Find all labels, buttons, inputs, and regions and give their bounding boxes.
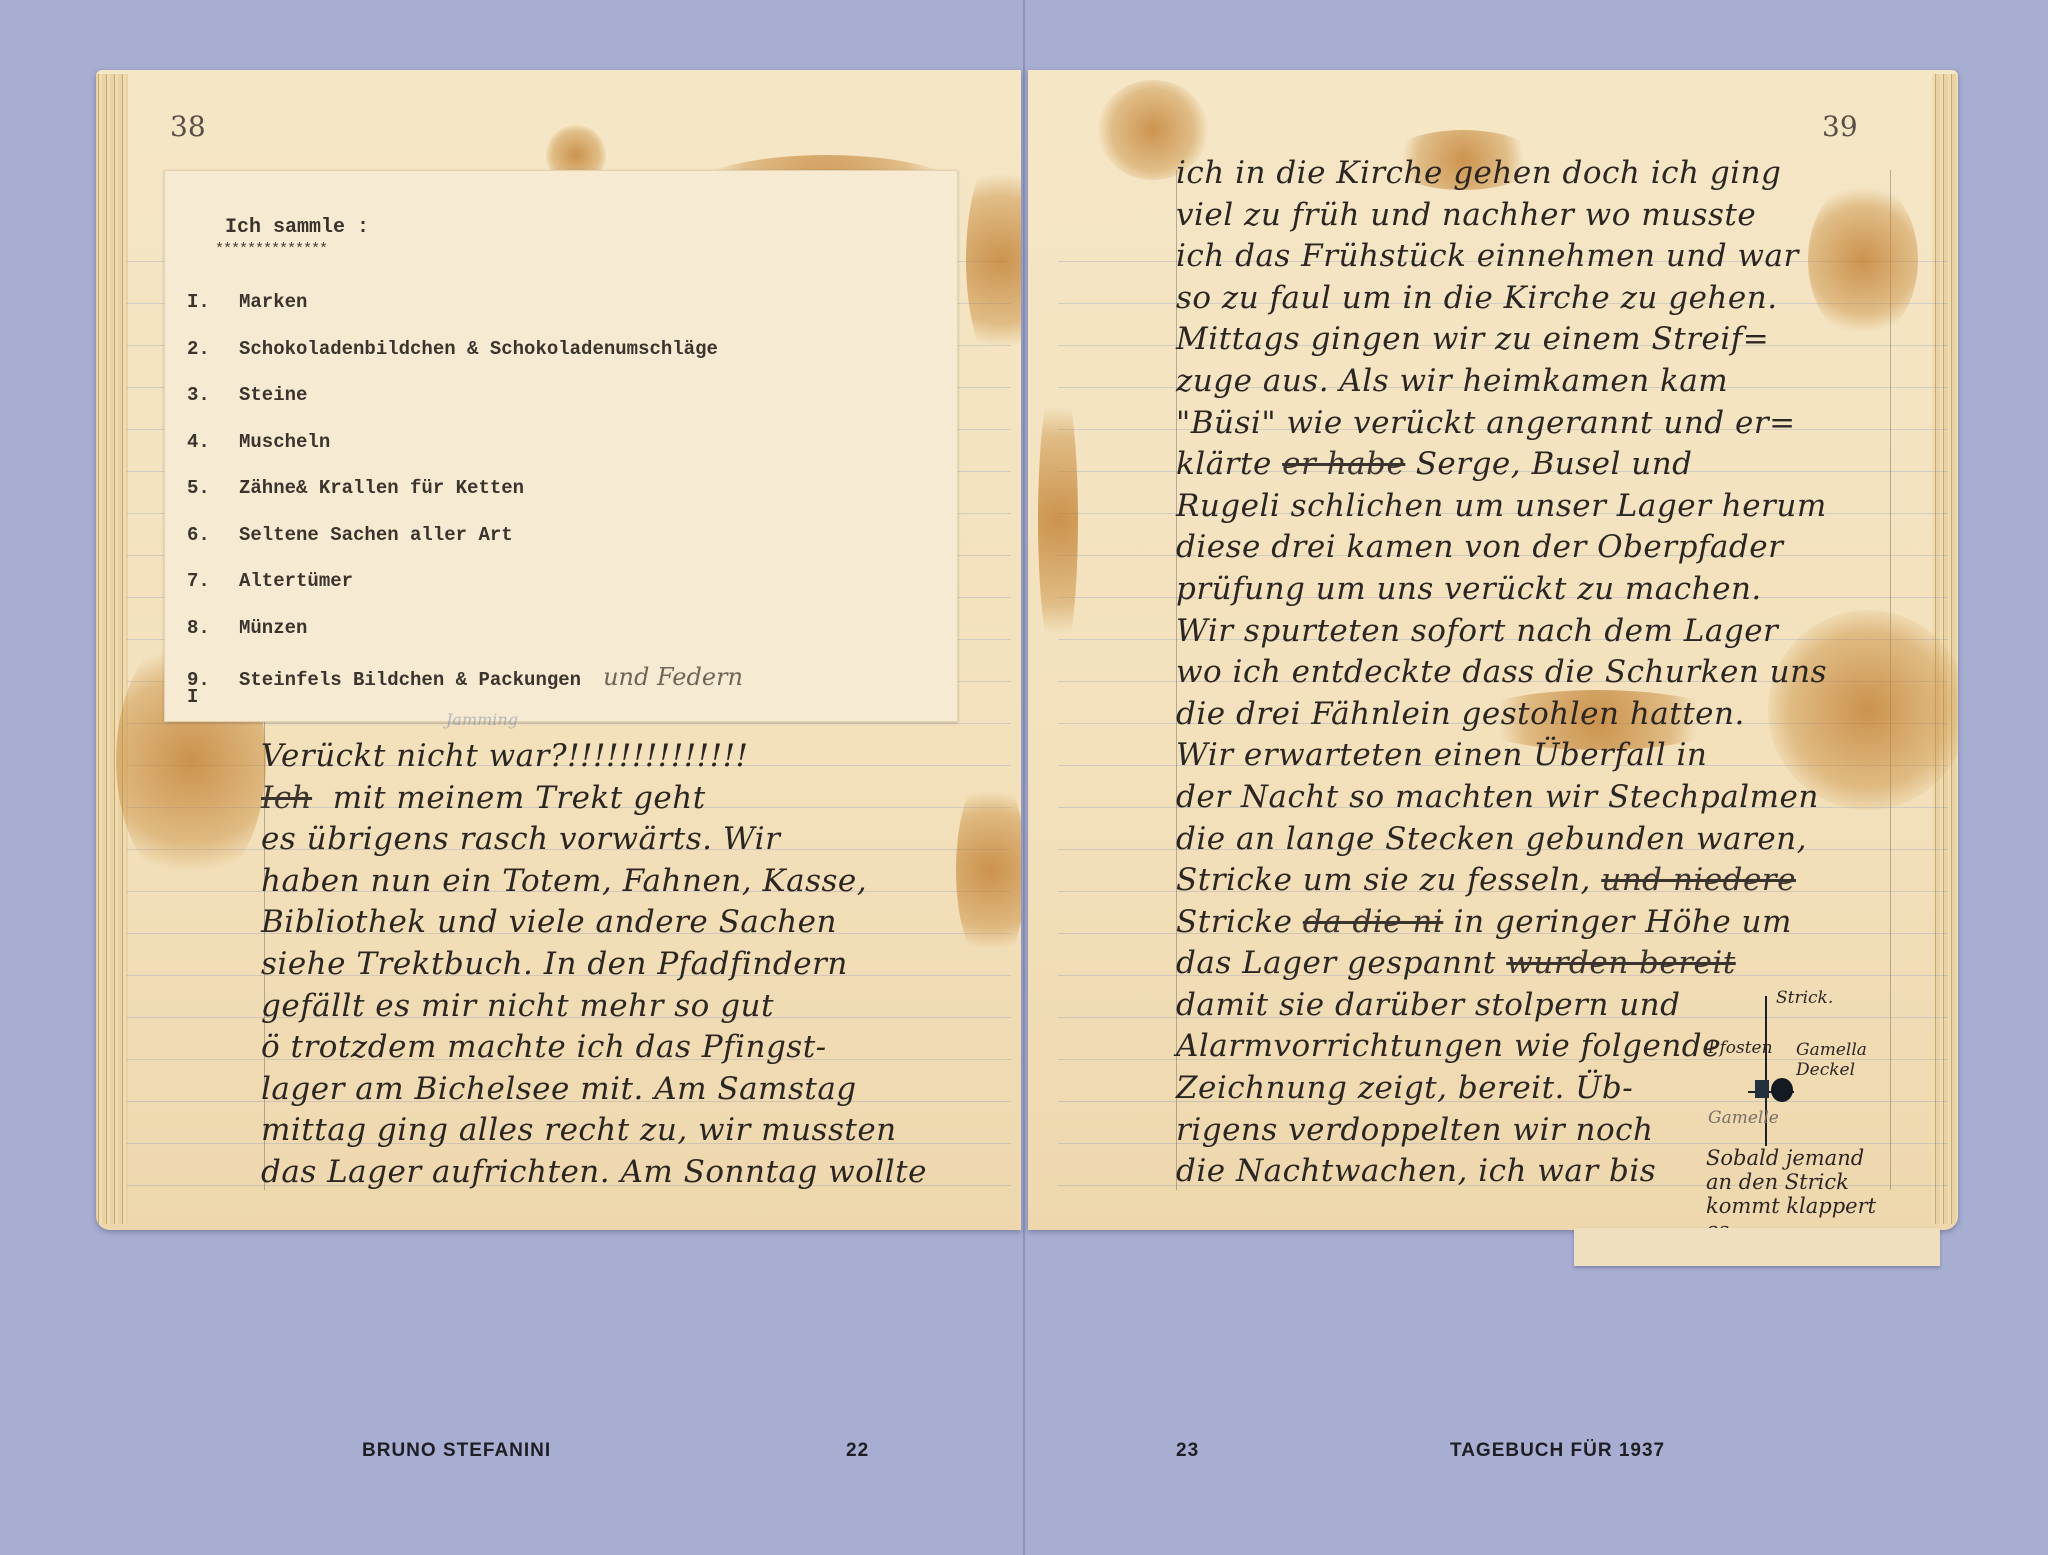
text-line: lager am Bichelsee mit. Am Samstag — [261, 1071, 927, 1113]
typed-underline: ************** — [215, 241, 327, 258]
text-line: zuge aus. Als wir heimkamen kam — [1176, 363, 1827, 405]
text-line: mittag ging alles recht zu, wir mussten — [261, 1112, 927, 1154]
post-icon — [1755, 1080, 1769, 1098]
label-lid: Gamella Deckel — [1796, 1040, 1886, 1080]
diary-page-left: 38 Ich sammle : ************** I.Marken … — [96, 70, 1021, 1230]
list-item: 9.Steinfels Bildchen & Packungenund Fede… — [187, 663, 743, 710]
text-line: Verückt nicht war?!!!!!!!!!!!!!! — [261, 738, 927, 780]
text-line: siehe Trektbuch. In den Pfadfindern — [261, 946, 927, 988]
footer-page-number-left: 22 — [846, 1440, 869, 1462]
page-stack-edge-left — [96, 74, 128, 1224]
text-line: Ich mit meinem Trekt geht — [261, 780, 927, 822]
footer-title: TAGEBUCH FÜR 1937 — [1450, 1440, 1665, 1462]
water-stain — [1038, 370, 1078, 670]
text-line: viel zu früh und nachher wo musste — [1176, 197, 1827, 239]
pencil-note: Jamming — [446, 710, 518, 729]
list-item: 5.Zähne& Krallen für Ketten — [187, 477, 743, 524]
list-item: 8.Münzen — [187, 617, 743, 664]
typed-title: Ich sammle : — [225, 216, 369, 239]
text-line: Bibliothek und viele andere Sachen — [261, 904, 927, 946]
text-line: gefällt es mir nicht mehr so gut — [261, 988, 927, 1030]
text-line: prüfung um uns verückt zu machen. — [1176, 571, 1827, 613]
diary-spread: 38 Ich sammle : ************** I.Marken … — [96, 70, 1958, 1230]
text-line: Rugeli schlichen um unser Lager herum — [1176, 488, 1827, 530]
text-line: Wir spurteten sofort nach dem Lager — [1176, 613, 1827, 655]
text-line: "Büsi" wie verückt angerannt und er= — [1176, 405, 1827, 447]
footer-author: BRUNO STEFANINI — [362, 1440, 551, 1462]
text-line: klärte er habe Serge, Busel und — [1176, 446, 1827, 488]
text-line: Stricke um sie zu fesseln, und niedere — [1176, 862, 1827, 904]
text-line: haben nun ein Totem, Fahnen, Kasse, — [261, 863, 927, 905]
list-item: 4.Muscheln — [187, 431, 743, 478]
diary-page-right: 39 ich in die Kirche gehen doch ich ging… — [1028, 70, 1958, 1230]
text-line: Stricke da die ni in geringer Höhe um — [1176, 904, 1827, 946]
label-rope: Strick. — [1776, 988, 1833, 1008]
text-line: ö trotzdem machte ich das Pfingst- — [261, 1029, 927, 1071]
text-line: ich in die Kirche gehen doch ich ging — [1176, 155, 1827, 197]
list-item: 6.Seltene Sachen aller Art — [187, 524, 743, 571]
text-line: es übrigens rasch vorwärts. Wir — [261, 821, 927, 863]
list-item: 3.Steine — [187, 384, 743, 431]
diagram-caption: Sobald jemand an den Strick kommt klappe… — [1706, 1146, 1876, 1230]
collection-items: I.Marken 2.Schokoladenbildchen & Schokol… — [187, 291, 743, 710]
page-number: 38 — [170, 110, 206, 143]
handwritten-entry-left: Verückt nicht war?!!!!!!!!!!!!!! Ich mit… — [261, 738, 927, 1196]
pot-lid-icon — [1771, 1078, 1793, 1102]
water-stain — [956, 770, 1021, 970]
text-line: Wir erwarteten einen Überfall in — [1176, 737, 1827, 779]
list-item: 2.Schokoladenbildchen & Schokoladenumsch… — [187, 338, 743, 385]
text-line: der Nacht so machten wir Stechpalmen — [1176, 779, 1827, 821]
text-line: das Lager gespannt wurden bereit — [1176, 945, 1827, 987]
label-post: Pfosten — [1708, 1038, 1773, 1058]
text-line: die an lange Stecken gebunden waren, — [1176, 821, 1827, 863]
text-line: so zu faul um in die Kirche zu gehen. — [1176, 280, 1827, 322]
alarm-device-sketch: Strick. Pfosten Gamella Deckel Gamelle S… — [1668, 988, 1928, 1223]
text-line: die drei Fähnlein gestohlen hatten. — [1176, 696, 1827, 738]
text-line: das Lager aufrichten. Am Sonntag wollte — [261, 1154, 927, 1196]
text-line: Mittags gingen wir zu einem Streif= — [1176, 321, 1827, 363]
label-pot: Gamelle — [1708, 1108, 1779, 1128]
text-line: ich das Frühstück einnehmen und war — [1176, 238, 1827, 280]
list-item: 7.Altertümer — [187, 570, 743, 617]
typed-collection-list: Ich sammle : ************** I.Marken 2.S… — [164, 170, 958, 722]
handwritten-addition: und Federn — [603, 663, 743, 691]
text-line: wo ich entdeckte dass die Schurken uns — [1176, 654, 1827, 696]
typed-trailing-mark: I — [187, 686, 198, 708]
loose-slip — [1574, 1228, 1940, 1266]
text-line: diese drei kamen von der Oberpfader — [1176, 529, 1827, 571]
list-item: I.Marken — [187, 291, 743, 338]
footer-page-number-right: 23 — [1176, 1440, 1199, 1462]
page-number: 39 — [1822, 110, 1858, 143]
